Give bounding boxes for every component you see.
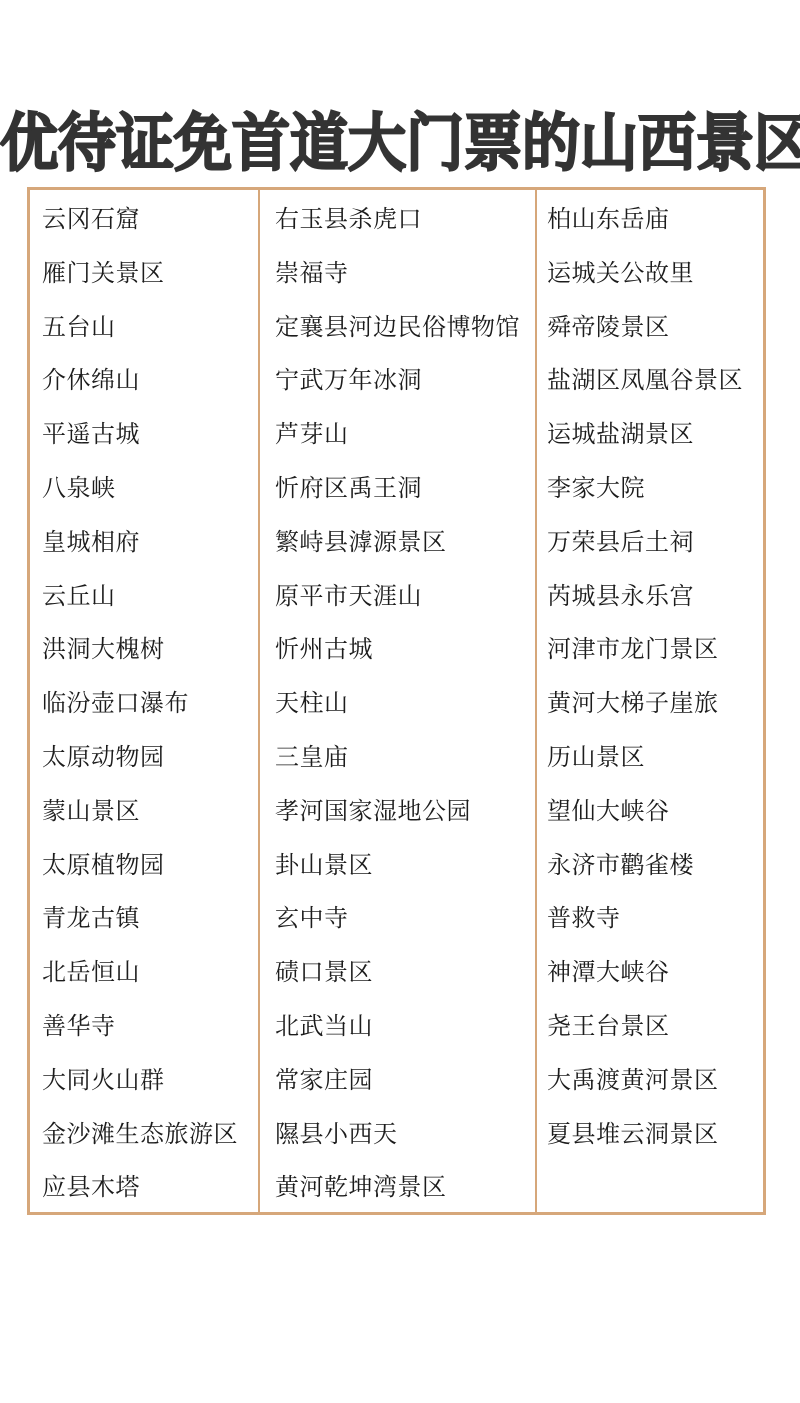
- spot-list-1: 云冈石窟 雁门关景区 五台山 介休绵山 平遥古城 八泉峡 皇城相府 云丘山 洪洞…: [42, 201, 238, 1223]
- column-1: 云冈石窟 雁门关景区 五台山 介休绵山 平遥古城 八泉峡 皇城相府 云丘山 洪洞…: [30, 190, 260, 1212]
- list-item: 黄河大梯子崖旅: [547, 685, 743, 739]
- list-item: 李家大院: [547, 470, 743, 524]
- list-item: 黄河乾坤湾景区: [275, 1169, 520, 1223]
- list-item: 碛口景区: [275, 954, 520, 1008]
- list-item: 柏山东岳庙: [547, 201, 743, 255]
- list-item: 运城关公故里: [547, 255, 743, 309]
- list-item: 五台山: [42, 309, 238, 363]
- list-item: 右玉县杀虎口: [275, 201, 520, 255]
- list-item: 八泉峡: [42, 470, 238, 524]
- list-item: 云冈石窟: [42, 201, 238, 255]
- list-item: 忻州古城: [275, 631, 520, 685]
- list-item: 洪洞大槐树: [42, 631, 238, 685]
- list-item: 常家庄园: [275, 1062, 520, 1116]
- list-item: 大禹渡黄河景区: [547, 1062, 743, 1116]
- list-item: 云丘山: [42, 578, 238, 632]
- list-item: 玄中寺: [275, 900, 520, 954]
- list-item: 天柱山: [275, 685, 520, 739]
- list-item: 河津市龙门景区: [547, 631, 743, 685]
- list-item: 临汾壶口瀑布: [42, 685, 238, 739]
- list-item: 望仙大峡谷: [547, 793, 743, 847]
- list-item: 北岳恒山: [42, 954, 238, 1008]
- list-item: 卦山景区: [275, 847, 520, 901]
- list-item: 历山景区: [547, 739, 743, 793]
- list-item: 运城盐湖景区: [547, 416, 743, 470]
- list-item: 芦芽山: [275, 416, 520, 470]
- list-item: 太原动物园: [42, 739, 238, 793]
- list-item: 繁峙县滹源景区: [275, 524, 520, 578]
- list-item: 孝河国家湿地公园: [275, 793, 520, 847]
- list-item: 太原植物园: [42, 847, 238, 901]
- column-2: 右玉县杀虎口 崇福寺 定襄县河边民俗博物馆 宁武万年冰洞 芦芽山 忻府区禹王洞 …: [260, 190, 537, 1212]
- list-item: 金沙滩生态旅游区: [42, 1116, 238, 1170]
- list-item: 定襄县河边民俗博物馆: [275, 309, 520, 363]
- list-item: 蒙山景区: [42, 793, 238, 847]
- list-item: 夏县堆云洞景区: [547, 1116, 743, 1170]
- list-item: 北武当山: [275, 1008, 520, 1062]
- list-item: 三皇庙: [275, 739, 520, 793]
- list-item: 隰县小西天: [275, 1116, 520, 1170]
- list-item: 应县木塔: [42, 1169, 238, 1223]
- list-item: 崇福寺: [275, 255, 520, 309]
- spot-list-2: 右玉县杀虎口 崇福寺 定襄县河边民俗博物馆 宁武万年冰洞 芦芽山 忻府区禹王洞 …: [275, 201, 520, 1223]
- list-item: 尧王台景区: [547, 1008, 743, 1062]
- list-item: 宁武万年冰洞: [275, 362, 520, 416]
- list-item: 万荣县后土祠: [547, 524, 743, 578]
- spot-list-3: 柏山东岳庙 运城关公故里 舜帝陵景区 盐湖区凤凰谷景区 运城盐湖景区 李家大院 …: [547, 201, 743, 1169]
- list-item: 大同火山群: [42, 1062, 238, 1116]
- list-item: 普救寺: [547, 900, 743, 954]
- list-item: 永济市鹳雀楼: [547, 847, 743, 901]
- list-item: 皇城相府: [42, 524, 238, 578]
- list-item: 忻府区禹王洞: [275, 470, 520, 524]
- column-3: 柏山东岳庙 运城关公故里 舜帝陵景区 盐湖区凤凰谷景区 运城盐湖景区 李家大院 …: [537, 190, 763, 1212]
- list-item: 青龙古镇: [42, 900, 238, 954]
- list-item: 盐湖区凤凰谷景区: [547, 362, 743, 416]
- list-item: 舜帝陵景区: [547, 309, 743, 363]
- list-item: 雁门关景区: [42, 255, 238, 309]
- list-item: 介休绵山: [42, 362, 238, 416]
- list-item: 芮城县永乐宫: [547, 578, 743, 632]
- list-item: 善华寺: [42, 1008, 238, 1062]
- list-item: 原平市天涯山: [275, 578, 520, 632]
- list-item: 神潭大峡谷: [547, 954, 743, 1008]
- list-item: 平遥古城: [42, 416, 238, 470]
- scenic-spot-table: 云冈石窟 雁门关景区 五台山 介休绵山 平遥古城 八泉峡 皇城相府 云丘山 洪洞…: [27, 187, 766, 1215]
- page-title: 优待证免首道大门票的山西景区: [0, 104, 800, 182]
